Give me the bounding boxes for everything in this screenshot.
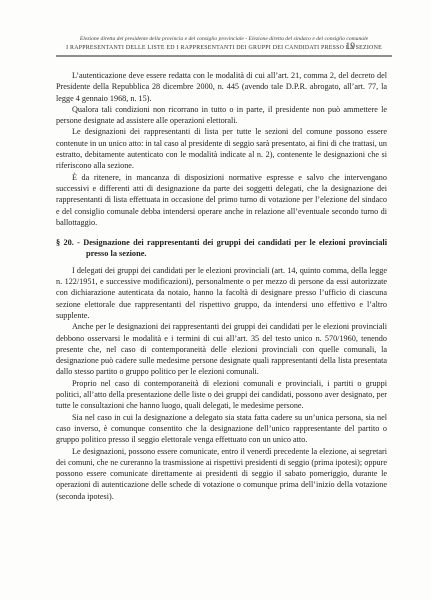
- paragraph-single-act: Le designazioni dei rappresentanti di li…: [56, 126, 387, 171]
- paragraph-comunicazione-designazioni: Le designazioni, possono essere comunica…: [56, 446, 387, 502]
- paragraph-conditions: Qualora tali condizioni non ricorrano in…: [56, 104, 387, 127]
- paragraph-authentication: L’autenticazione deve essere redatta con…: [56, 70, 387, 104]
- running-section-title: I RAPPRESENTANTI DELLE LISTE ED I RAPPRE…: [56, 44, 392, 52]
- running-title: Elezione diretta del presidente della pr…: [56, 36, 392, 43]
- header-rule: [56, 55, 392, 57]
- paragraph-contemporaneita: Proprio nel caso di contemporaneità di e…: [56, 378, 387, 412]
- paragraph-unico-atto: Sia nel caso in cui la designazione a de…: [56, 412, 387, 446]
- paragraph-ballottaggio: È da ritenere, in mancanza di disposizio…: [56, 172, 387, 228]
- paragraph-delegati-gruppi: I delegati dei gruppi dei candidati per …: [56, 265, 387, 321]
- page-body: L’autenticazione deve essere redatta con…: [56, 70, 387, 502]
- paragraph-modalita-termini: Anche per le designazioni dei rappresent…: [56, 321, 387, 377]
- document-page: 19 Elezione diretta del presidente della…: [0, 0, 431, 600]
- section-heading: § 20. - Designazione dei rappresentanti …: [56, 237, 387, 260]
- page-header: Elezione diretta del presidente della pr…: [56, 36, 392, 57]
